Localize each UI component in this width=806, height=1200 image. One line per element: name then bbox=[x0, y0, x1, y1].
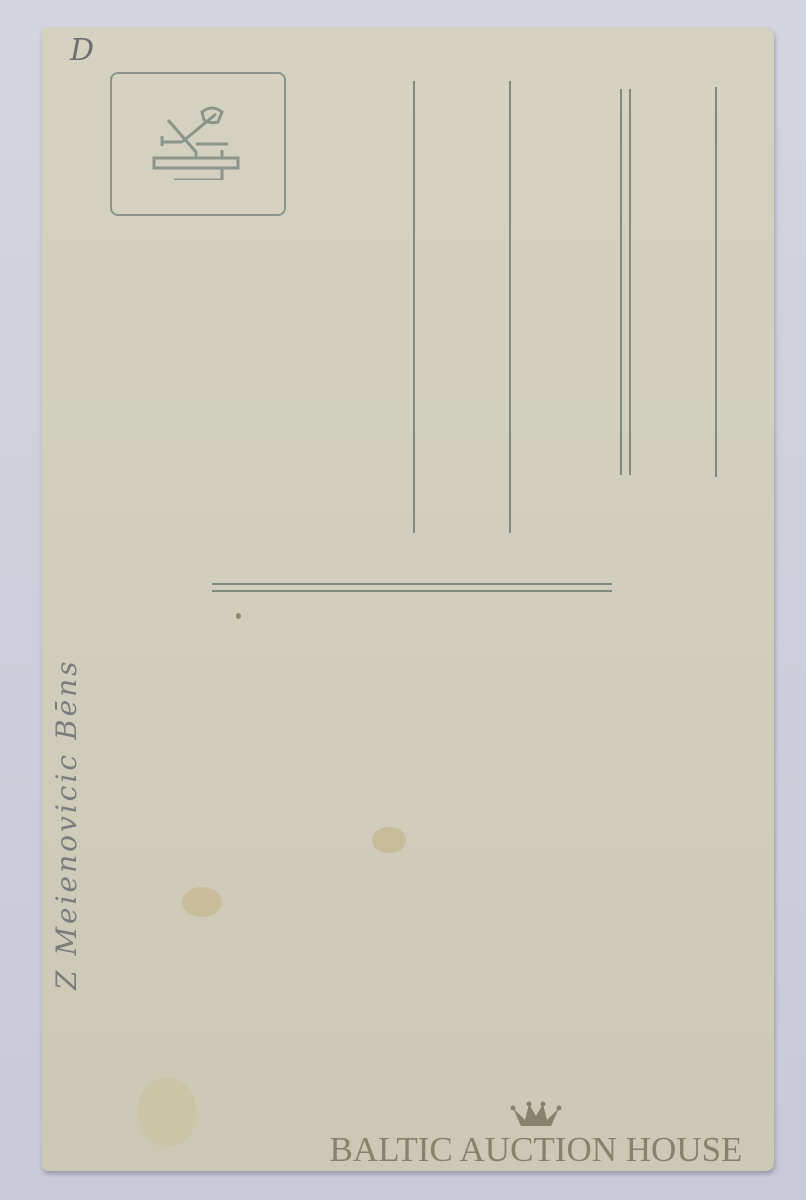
watermark: BALTIC AUCTION HOUSE bbox=[296, 1100, 776, 1170]
address-line-single bbox=[715, 87, 717, 477]
crown-icon bbox=[509, 1100, 563, 1128]
horizontal-rule-bottom bbox=[212, 590, 612, 592]
pencil-corner-mark: D bbox=[70, 33, 94, 68]
address-line-double-a bbox=[620, 89, 622, 475]
stamp-box bbox=[110, 72, 286, 216]
address-line-double-b bbox=[629, 89, 631, 475]
pencil-inscription: Z Meienovicic Bēns bbox=[50, 658, 83, 990]
foxing-dot bbox=[236, 613, 241, 619]
watermark-text: BALTIC AUCTION HOUSE bbox=[296, 1130, 776, 1170]
horizontal-rule-top bbox=[212, 583, 612, 585]
foxing-stain bbox=[137, 1077, 197, 1147]
publisher-logo-icon bbox=[152, 102, 248, 180]
postcard-back: D bbox=[42, 27, 774, 1171]
foxing-stain bbox=[182, 887, 222, 917]
foxing-stain bbox=[372, 827, 406, 853]
divider-line-right bbox=[509, 81, 511, 533]
divider-line-left bbox=[413, 81, 415, 533]
